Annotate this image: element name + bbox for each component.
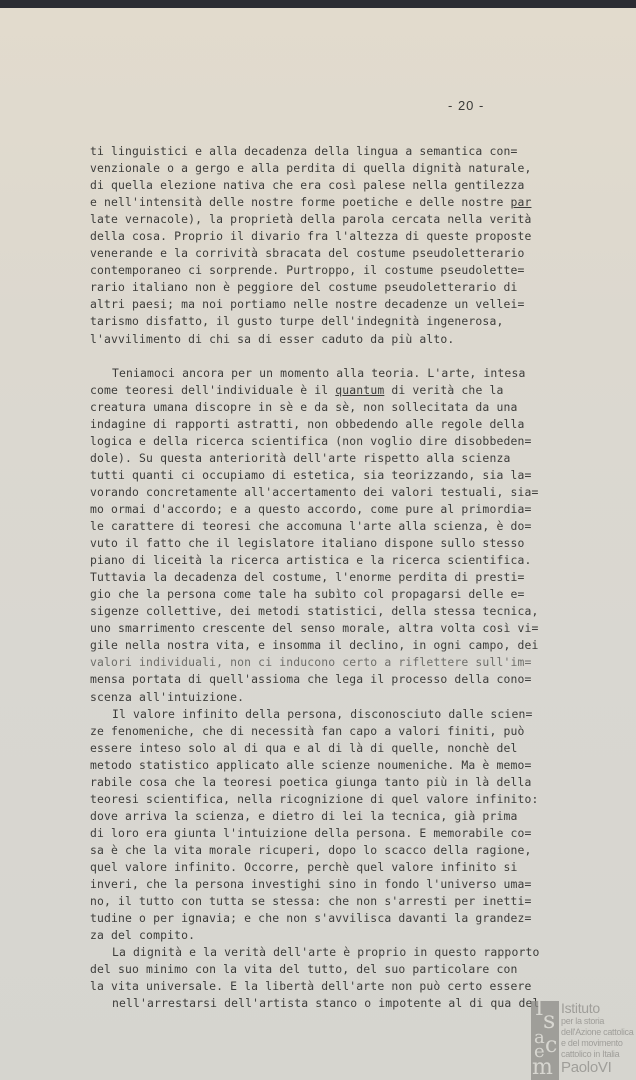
watermark-monogram: I s a e c m (531, 1001, 559, 1080)
text-line: contemporaneo ci sorprende. Purtroppo, i… (90, 262, 590, 279)
text-line: e nell'intensità delle nostre forme poet… (90, 194, 590, 211)
text-line: Teniamoci ancora per un momento alla teo… (90, 365, 590, 382)
text-line: nell'arrestarsi dell'artista stanco o im… (90, 995, 590, 1012)
paragraph-gap (90, 348, 590, 365)
text-line: della cosa. Proprio il divario fra l'alt… (90, 228, 590, 245)
text-line: indagine di rapporti astratti, non obbed… (90, 416, 590, 433)
text-line: di loro era giunta l'intuizione della pe… (90, 825, 590, 842)
text-line: inveri, che la persona investighi sino i… (90, 876, 590, 893)
text-line: come teoresi dell'individuale è il quant… (90, 382, 590, 399)
text-line: logica e della ricerca scientifica (non … (90, 433, 590, 450)
body-text: ti linguistici e alla decadenza della li… (90, 143, 590, 1012)
text-line: creatura umana discopre in sè e da sè, n… (90, 399, 590, 416)
text-line: l'avvilimento di chi sa di esser caduto … (90, 331, 590, 348)
text-line: del suo minimo con la vita del tutto, de… (90, 961, 590, 978)
text-line: sigenze collettive, dei metodi statistic… (90, 603, 590, 620)
text-line: metodo statistico applicato alle scienze… (90, 757, 590, 774)
text-line: scenza all'intuizione. (90, 689, 590, 706)
watermark-letter: c (545, 1037, 557, 1055)
text-line: gile nella nostra vita, e insomma il dec… (90, 637, 590, 654)
watermark-text: Istituto per la storia dell'Azione catto… (561, 1001, 633, 1076)
text-line: le carattere di teoresi che accomuna l'a… (90, 518, 590, 535)
text-line: za del compito. (90, 927, 590, 944)
text-line: dove arriva la scienza, e dietro di lei … (90, 808, 590, 825)
text-line: altri paesi; ma noi portiamo nelle nostr… (90, 296, 590, 313)
text-line: ti linguistici e alla decadenza della li… (90, 143, 590, 160)
text-line: gio che la persona come tale ha subìto c… (90, 586, 590, 603)
text-line: piano di liceità la ricerca artistica e … (90, 552, 590, 569)
text-line: tarismo disfatto, il gusto turpe dell'in… (90, 313, 590, 330)
text-line: essere inteso solo al di qua e al di là … (90, 740, 590, 757)
page-number: - 20 - (448, 98, 484, 113)
watermark-line: Istituto (561, 1001, 633, 1016)
text-line: valori individuali, non ci inducono cert… (90, 654, 590, 671)
text-line: sa è che la vita morale ricuperi, dopo l… (90, 842, 590, 859)
text-line: tutti quanti ci occupiamo di estetica, s… (90, 467, 590, 484)
text-line: late vernacole), la proprietà della paro… (90, 211, 590, 228)
text-line: la vita universale. E la libertà dell'ar… (90, 978, 590, 995)
text-line: uno smarrimento crescente del senso mora… (90, 620, 590, 637)
text-line: mensa portata di quell'assioma che lega … (90, 671, 590, 688)
text-line: rabile cosa che la teoresi poetica giung… (90, 774, 590, 791)
text-line: La dignità e la verità dell'arte è propr… (90, 944, 590, 961)
text-line: mo ormai d'accordo; e a questo accordo, … (90, 501, 590, 518)
watermark-line: e del movimento (561, 1038, 633, 1049)
text-line: quel valore infinito. Occorre, perchè qu… (90, 859, 590, 876)
text-line: teoresi scientifica, nella ricognizione … (90, 791, 590, 808)
document-page: - 20 - ti linguistici e alla decadenza d… (0, 8, 636, 1080)
text-line: vorando concretamente all'accertamento d… (90, 484, 590, 501)
text-line: di quella elezione nativa che era così p… (90, 177, 590, 194)
text-line: Tuttavia la decadenza del costume, l'eno… (90, 569, 590, 586)
text-line: tudine o per ignavia; e che non s'avvili… (90, 910, 590, 927)
text-line: venerande e la corrività sbracata del co… (90, 245, 590, 262)
text-line: venzionale o a gergo e alla perdita di q… (90, 160, 590, 177)
institute-watermark-logo: I s a e c m Istituto per la storia dell'… (531, 1001, 631, 1080)
watermark-line: dell'Azione cattolica (561, 1027, 633, 1038)
text-line: vuto il fatto che il legislatore italian… (90, 535, 590, 552)
watermark-line: PaoloVI (561, 1060, 633, 1076)
text-line: ze fenomeniche, che di necessità fan cap… (90, 723, 590, 740)
underlined-word: par (510, 195, 531, 209)
watermark-line: per la storia (561, 1016, 633, 1027)
text-line: no, il tutto con tutta se stessa: che no… (90, 893, 590, 910)
underlined-word: quantum (335, 383, 384, 397)
text-line: rario italiano non è peggiore del costum… (90, 279, 590, 296)
text-line: dole). Su questa anteriorità dell'arte r… (90, 450, 590, 467)
text-line: Il valore infinito della persona, discon… (90, 706, 590, 723)
watermark-letter: m (532, 1059, 553, 1077)
